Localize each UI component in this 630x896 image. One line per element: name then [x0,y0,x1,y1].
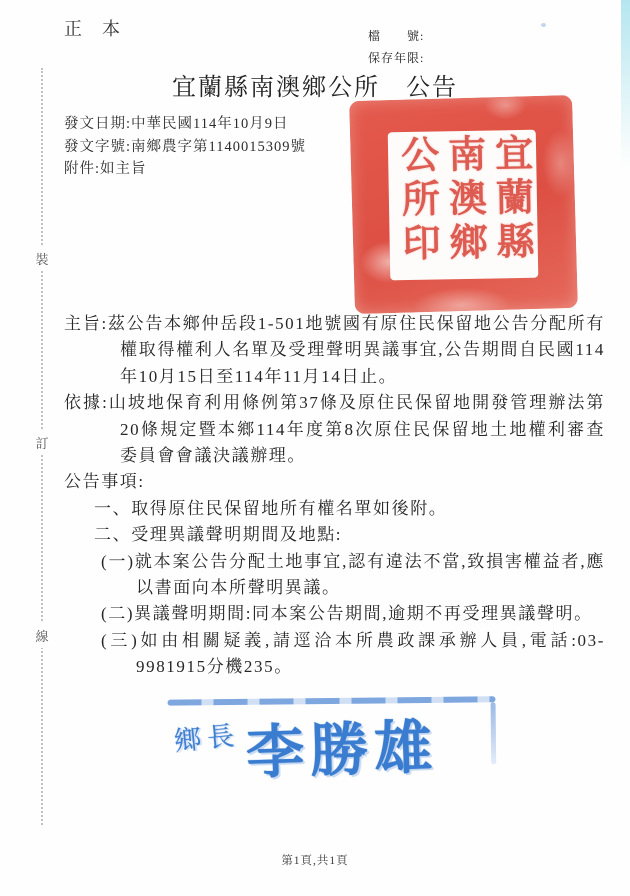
document-page: 裝 訂 線 正 本 檔 號: 保存年限: 宜蘭縣南澳鄉公所 公告 發文日期:中華… [0,0,630,896]
subject-label: 主旨: [64,314,108,333]
attachment-note: 附件:如主旨 [64,158,306,181]
sub-item-3: (三)如由相關疑義,請逕洽本所農政課承辦人員,電話:03-9981915分機23… [101,628,605,681]
official-seal: 宜蘭縣南澳鄉公所印 [349,95,578,314]
sub-item-2-prefix: (二) [101,604,134,623]
issue-date: 發文日期:中華民國114年10月9日 [64,113,306,136]
mayor-signature-stamp: 鄉長 李勝雄 [166,696,497,795]
sub-item-2-text: 異議聲明期間:同本案公告期間,逾期不再受理異議聲明。 [134,604,593,623]
mayor-title: 鄉長 [172,713,241,758]
binding-mark-ding: 訂 [33,430,51,455]
retention-period-label: 保存年限: [368,47,424,69]
sub-item-3-text: 如由相關疑義,請逕洽本所農政課承辦人員,電話:03-9981915分機235。 [136,631,605,676]
binding-mark-xian: 線 [33,623,51,648]
document-meta-block: 發文日期:中華民國114年10月9日 發文字號:南鄉農字第1140015309號… [64,113,306,181]
scan-artifact-dot [541,23,546,27]
page-footer: 第1頁,共1頁 [0,852,630,868]
basis-paragraph: 依據:山坡地保育利用條例第37條及原住民保留地開發管理辦法第20條規定暨本鄉11… [64,390,605,469]
binding-mark-zhuang: 裝 [33,246,51,271]
announcement-body: 主旨:茲公告本鄉仲岳段1-501地號國有原住民保留地公告分配所有權取得權利人名單… [64,311,605,681]
mayor-signature-row: 鄉長 李勝雄 [166,696,497,788]
file-number-label: 檔 號: [368,25,424,47]
sub-item-3-prefix: (三) [101,631,138,650]
official-seal-inner: 宜蘭縣南澳鄉公所印 [388,130,539,281]
item-2-prefix: 二、 [94,525,131,544]
official-seal-text: 宜蘭縣南澳鄉公所印 [391,133,534,277]
file-meta-block: 檔 號: 保存年限: [368,25,424,69]
subject-text: 茲公告本鄉仲岳段1-501地號國有原住民保留地公告分配所有權取得權利人名單及受理… [108,314,605,386]
sub-item-1-text: 就本案公告分配土地事宜,認有違法不當,致損害權益者,應以書面向本所聲明異議。 [135,552,605,597]
item-1-prefix: 一、 [94,499,131,518]
subject-paragraph: 主旨:茲公告本鄉仲岳段1-501地號國有原住民保留地公告分配所有權取得權利人名單… [64,311,605,390]
sub-item-1-prefix: (一) [101,552,135,571]
sub-item-1: (一)就本案公告分配土地事宜,認有違法不當,致損害權益者,應以書面向本所聲明異議… [101,549,605,602]
sub-item-2: (二)異議聲明期間:同本案公告期間,逾期不再受理異議聲明。 [101,601,605,627]
doc-number: 發文字號:南鄉農字第1140015309號 [64,136,306,159]
item-1: 一、取得原住民保留地所有權名單如後附。 [94,496,605,522]
item-2: 二、受理異議聲明期間及地點: [94,522,605,548]
item-1-text: 取得原住民保留地所有權名單如後附。 [131,499,447,518]
copy-type-label: 正 本 [64,15,121,41]
mayor-name: 李勝雄 [245,700,440,790]
basis-label: 依據: [64,393,108,412]
basis-text: 山坡地保育利用條例第37條及原住民保留地開發管理辦法第20條規定暨本鄉114年度… [108,393,605,465]
item-2-text: 受理異議聲明期間及地點: [131,525,342,544]
items-heading: 公告事項: [64,469,605,495]
